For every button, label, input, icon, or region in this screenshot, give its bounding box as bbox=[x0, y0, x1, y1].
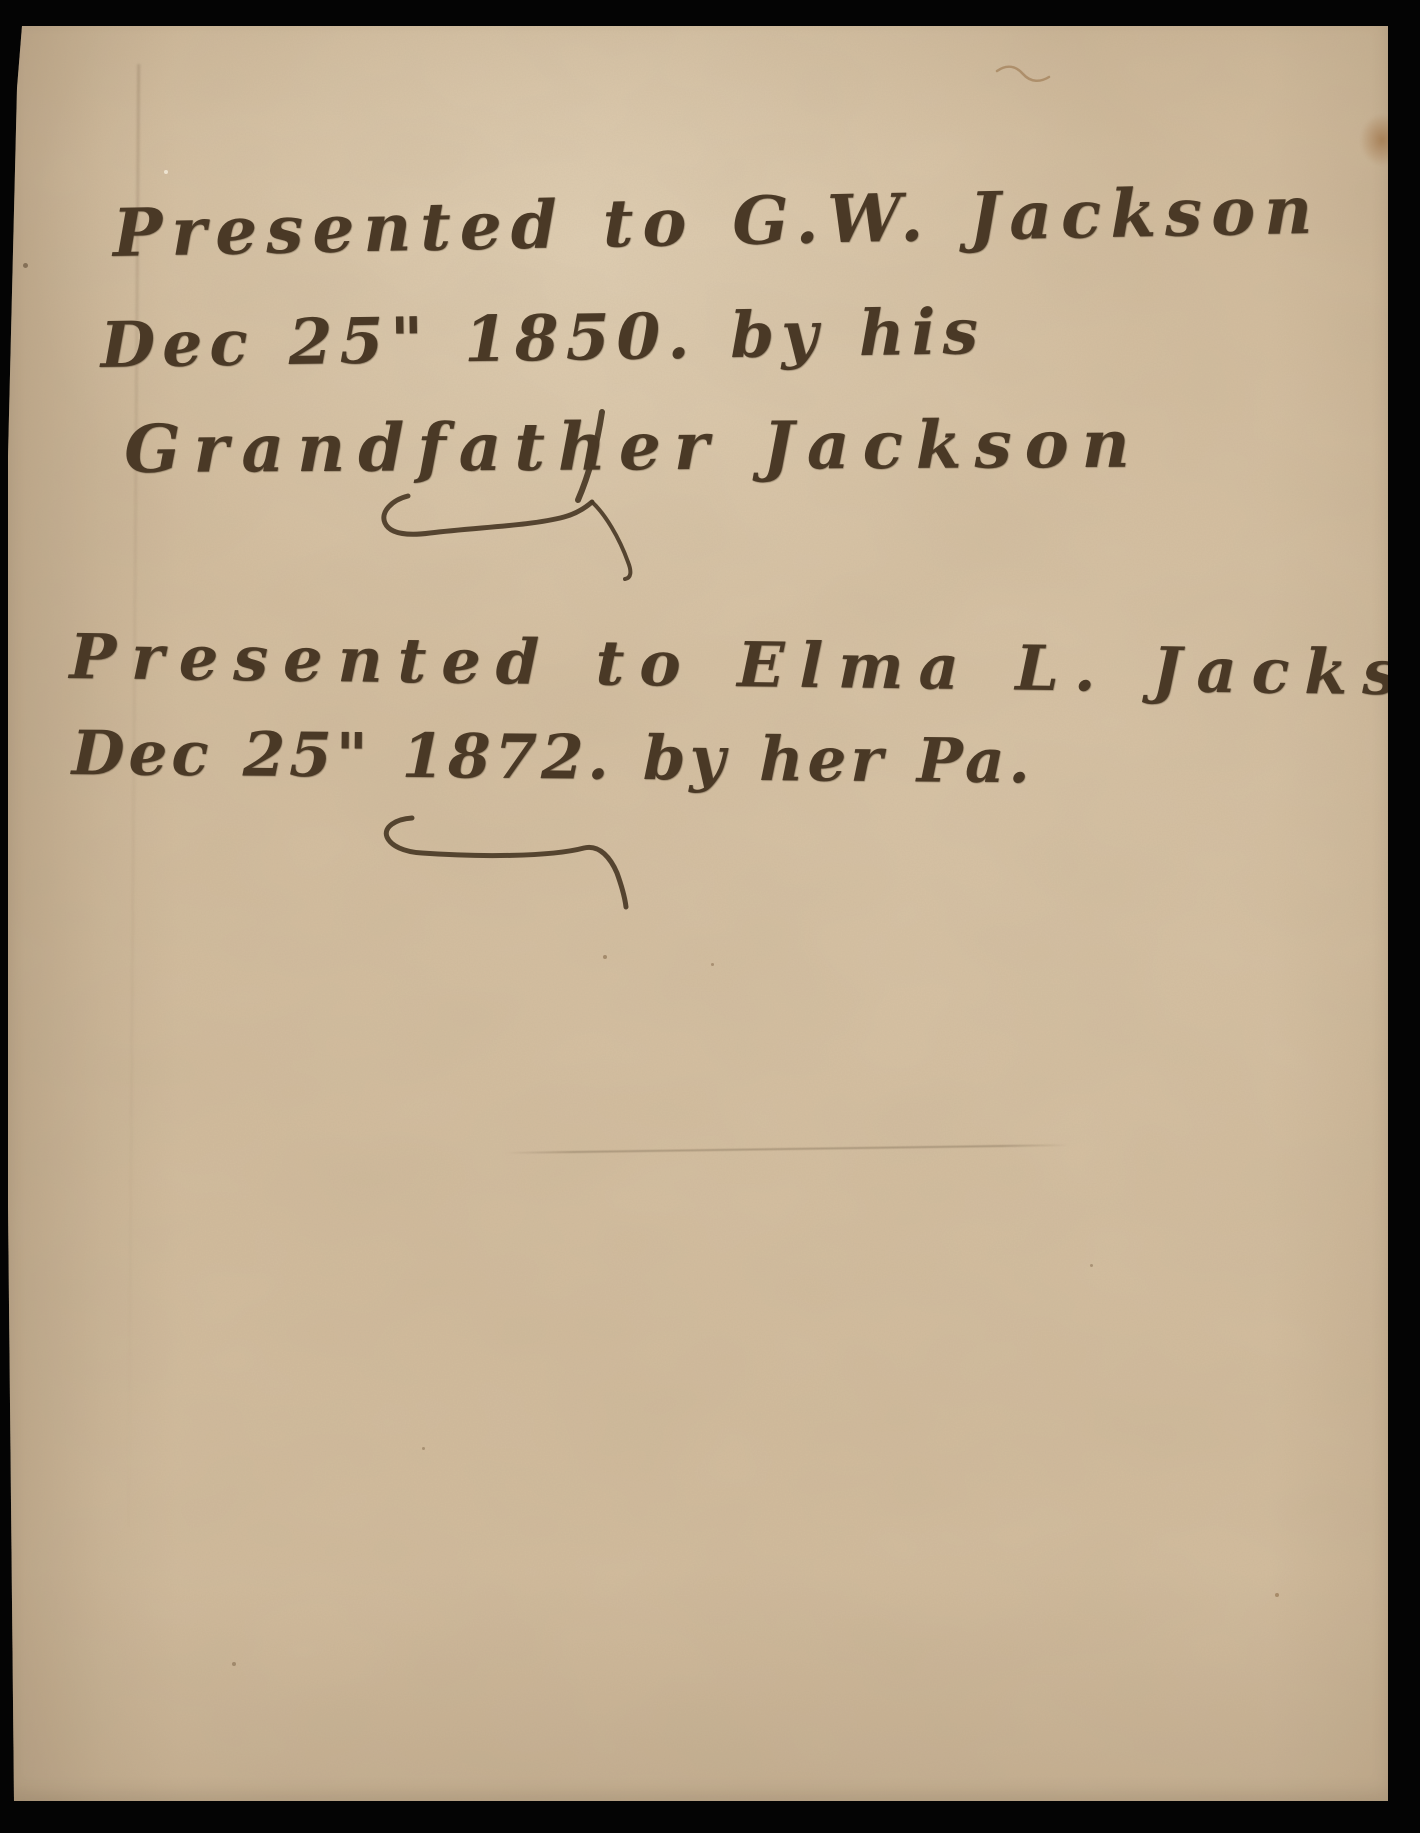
stain bbox=[1360, 114, 1404, 166]
paper-speck bbox=[1090, 1264, 1093, 1267]
inscription-line: Dec 25" 1850. by his bbox=[100, 294, 986, 382]
gutter-crease bbox=[127, 64, 140, 1544]
ink-flourish-swash-1 bbox=[384, 496, 592, 534]
ink-flourish-swash-2 bbox=[386, 818, 626, 907]
inscription-line: Dec 25" 1872. by her Pa. bbox=[71, 718, 1034, 797]
paper-speck bbox=[164, 170, 168, 174]
faint-pencil-line bbox=[505, 1144, 1070, 1154]
paper-speck bbox=[422, 1447, 425, 1450]
book-page: Presented to G.W. Jackson Dec 25" 1850. … bbox=[8, 26, 1388, 1801]
paper-speck bbox=[603, 955, 607, 959]
inscription-line: Presented to Elma L. Jackson bbox=[69, 620, 1420, 711]
paper-texture bbox=[8, 26, 1388, 1801]
ink-flourish-tail-1 bbox=[592, 502, 630, 579]
pencil-squiggle bbox=[997, 67, 1049, 81]
paper-speck bbox=[1275, 1593, 1279, 1597]
inscription-line: Presented to G.W. Jackson bbox=[112, 171, 1322, 272]
ink-flourishes bbox=[8, 26, 1388, 1801]
paper-speck bbox=[711, 963, 714, 966]
inscription-line: Grandfather Jackson bbox=[124, 405, 1143, 488]
paper-speck bbox=[232, 1662, 236, 1666]
scanned-page-background: Presented to G.W. Jackson Dec 25" 1850. … bbox=[0, 0, 1420, 1833]
paper-speck bbox=[23, 263, 28, 268]
